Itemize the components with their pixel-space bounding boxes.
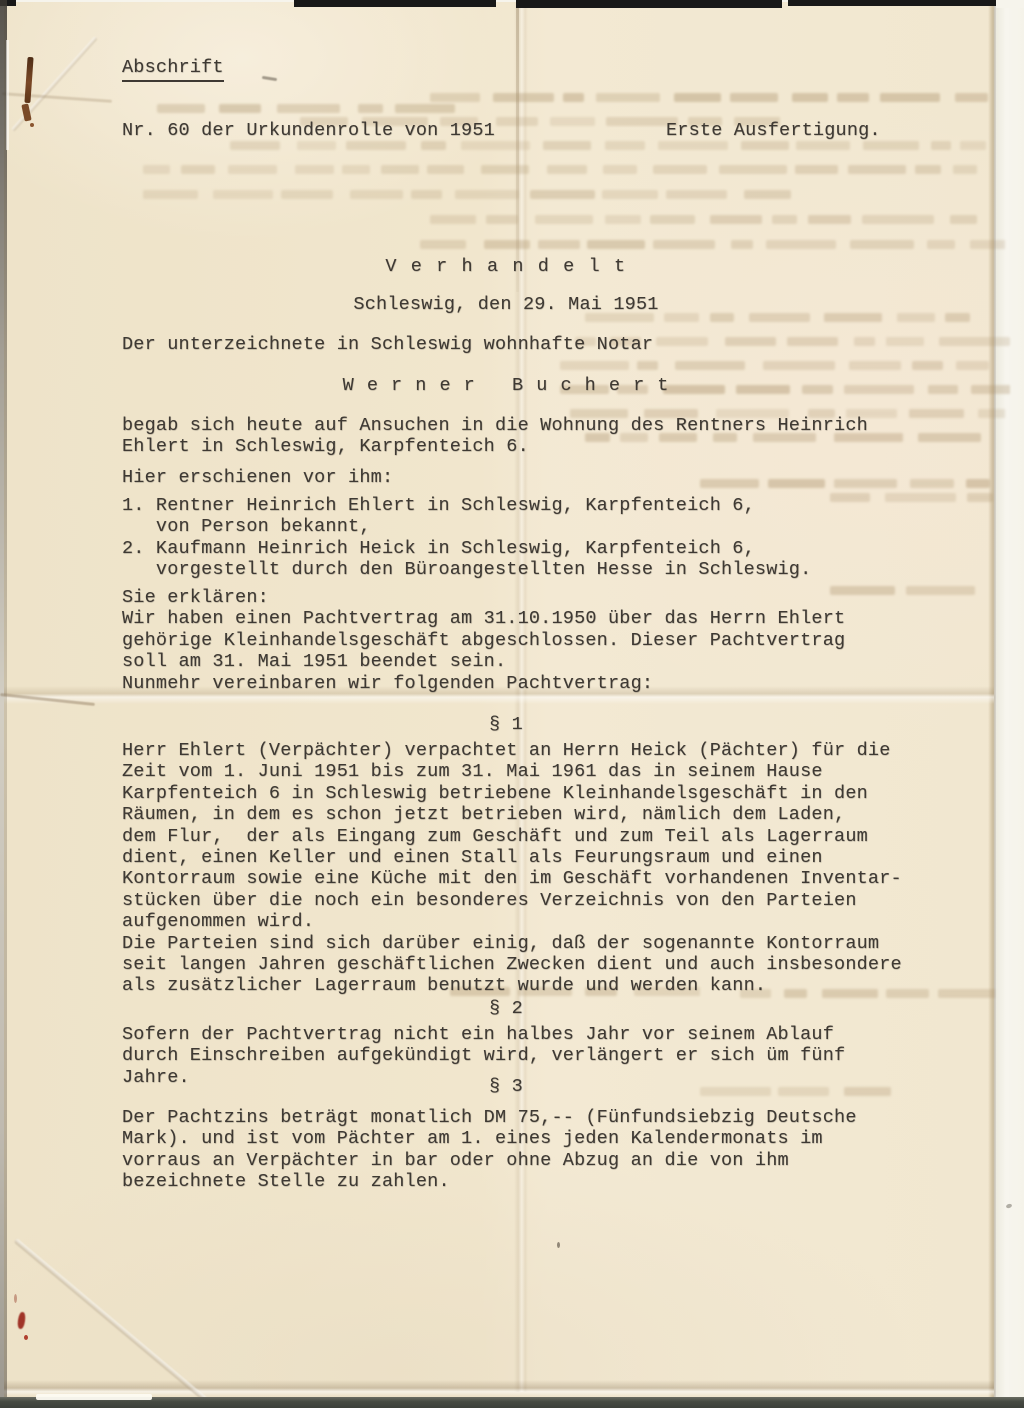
declaration-paragraph: Sie erklären:Wir haben einen Pachtvertra… [122, 587, 845, 694]
text-line: Der Pachtzins beträgt monatlich DM 75,--… [122, 1107, 857, 1128]
appearance-label: Hier erschienen vor ihm: [122, 467, 393, 488]
notary-name: W e r n e r B u c h e r t [100, 375, 912, 396]
text-line: aufgenommen wird. [122, 911, 902, 932]
scanned-document: { "palette": { "paper": "#f0e5cb", "ink"… [0, 0, 1024, 1408]
section-2-mark: § 2 [100, 998, 912, 1019]
text-line: von Person bekannt, [122, 516, 811, 537]
section-3-paragraph: Der Pachtzins beträgt monatlich DM 75,--… [122, 1107, 857, 1193]
notary-intro: Der unterzeichnete in Schleswig wohnhaft… [122, 334, 653, 355]
text-line: gehörige Kleinhandelsgeschäft abgeschlos… [122, 630, 845, 651]
text-line: Sie erklären: [122, 587, 845, 608]
text-line: stücken über die noch ein besonderes Ver… [122, 890, 902, 911]
text-line: vorraus an Verpächter in bar oder ohne A… [122, 1150, 857, 1171]
text-line: Die Parteien sind sich darüber einig, da… [122, 933, 902, 954]
text-line: Mark). und ist vom Pächter am 1. eines j… [122, 1128, 857, 1149]
text-line: soll am 31. Mai 1951 beendet sein. [122, 651, 845, 672]
place-and-date: Schleswig, den 29. Mai 1951 [100, 294, 912, 315]
text-line: Ehlert in Schleswig, Karpfenteich 6. [122, 436, 868, 457]
text-line: 1. Rentner Heinrich Ehlert in Schleswig,… [122, 495, 811, 516]
text-line: 2. Kaufmann Heinrich Heick in Schleswig,… [122, 538, 811, 559]
section-3-mark: § 3 [100, 1076, 912, 1097]
text-line: bezeichnete Stelle zu zahlen. [122, 1171, 857, 1192]
text-line: Kontorraum sowie eine Küche mit den im G… [122, 868, 902, 889]
section-1-mark: § 1 [100, 714, 912, 735]
document-number-row: Nr. 60 der Urkundenrolle von 1951 Erste … [0, 120, 1024, 142]
typewritten-content: Abschrift Nr. 60 der Urkundenrolle von 1… [0, 0, 1024, 1408]
deed-heading: V e r h a n d e l t [100, 256, 912, 277]
text-line: als zusätzlicher Lagerraum benutzt wurde… [122, 975, 902, 996]
text-line: durch Einschreiben aufgekündigt wird, ve… [122, 1045, 845, 1066]
text-line: Nunmehr vereinbaren wir folgenden Pachtv… [122, 673, 845, 694]
text-line: seit langen Jahren geschäftlichen Zwecke… [122, 954, 902, 975]
section-1-paragraph: Herr Ehlert (Verpächter) verpachtet an H… [122, 740, 902, 997]
text-line: begab sich heute auf Ansuchen in die Woh… [122, 415, 868, 436]
roll-number: Nr. 60 der Urkundenrolle von 1951 [122, 120, 495, 141]
copy-label: Abschrift [122, 57, 224, 78]
text-line: Wir haben einen Pachtvertrag am 31.10.19… [122, 608, 845, 629]
text-line: dem Flur, der als Eingang zum Geschäft u… [122, 826, 902, 847]
document-scan: Abschrift Nr. 60 der Urkundenrolle von 1… [0, 0, 1024, 1408]
text-line: dient, einen Keller und einen Stall als … [122, 847, 902, 868]
text-line: Räumen, in dem es schon jetzt betrieben … [122, 804, 902, 825]
text-line: vorgestellt durch den Büroangestellten H… [122, 559, 811, 580]
text-line: Sofern der Pachtvertrag nicht ein halbes… [122, 1024, 845, 1045]
copy-label-text: Abschrift [122, 57, 224, 82]
execution-label: Erste Ausfertigung. [666, 120, 881, 141]
appearance-list: 1. Rentner Heinrich Ehlert in Schleswig,… [122, 495, 811, 581]
text-line: Karpfenteich 6 in Schleswig betriebene K… [122, 783, 902, 804]
visit-paragraph: begab sich heute auf Ansuchen in die Woh… [122, 415, 868, 458]
text-line: Zeit vom 1. Juni 1951 bis zum 31. Mai 19… [122, 761, 902, 782]
text-line: Herr Ehlert (Verpächter) verpachtet an H… [122, 740, 902, 761]
